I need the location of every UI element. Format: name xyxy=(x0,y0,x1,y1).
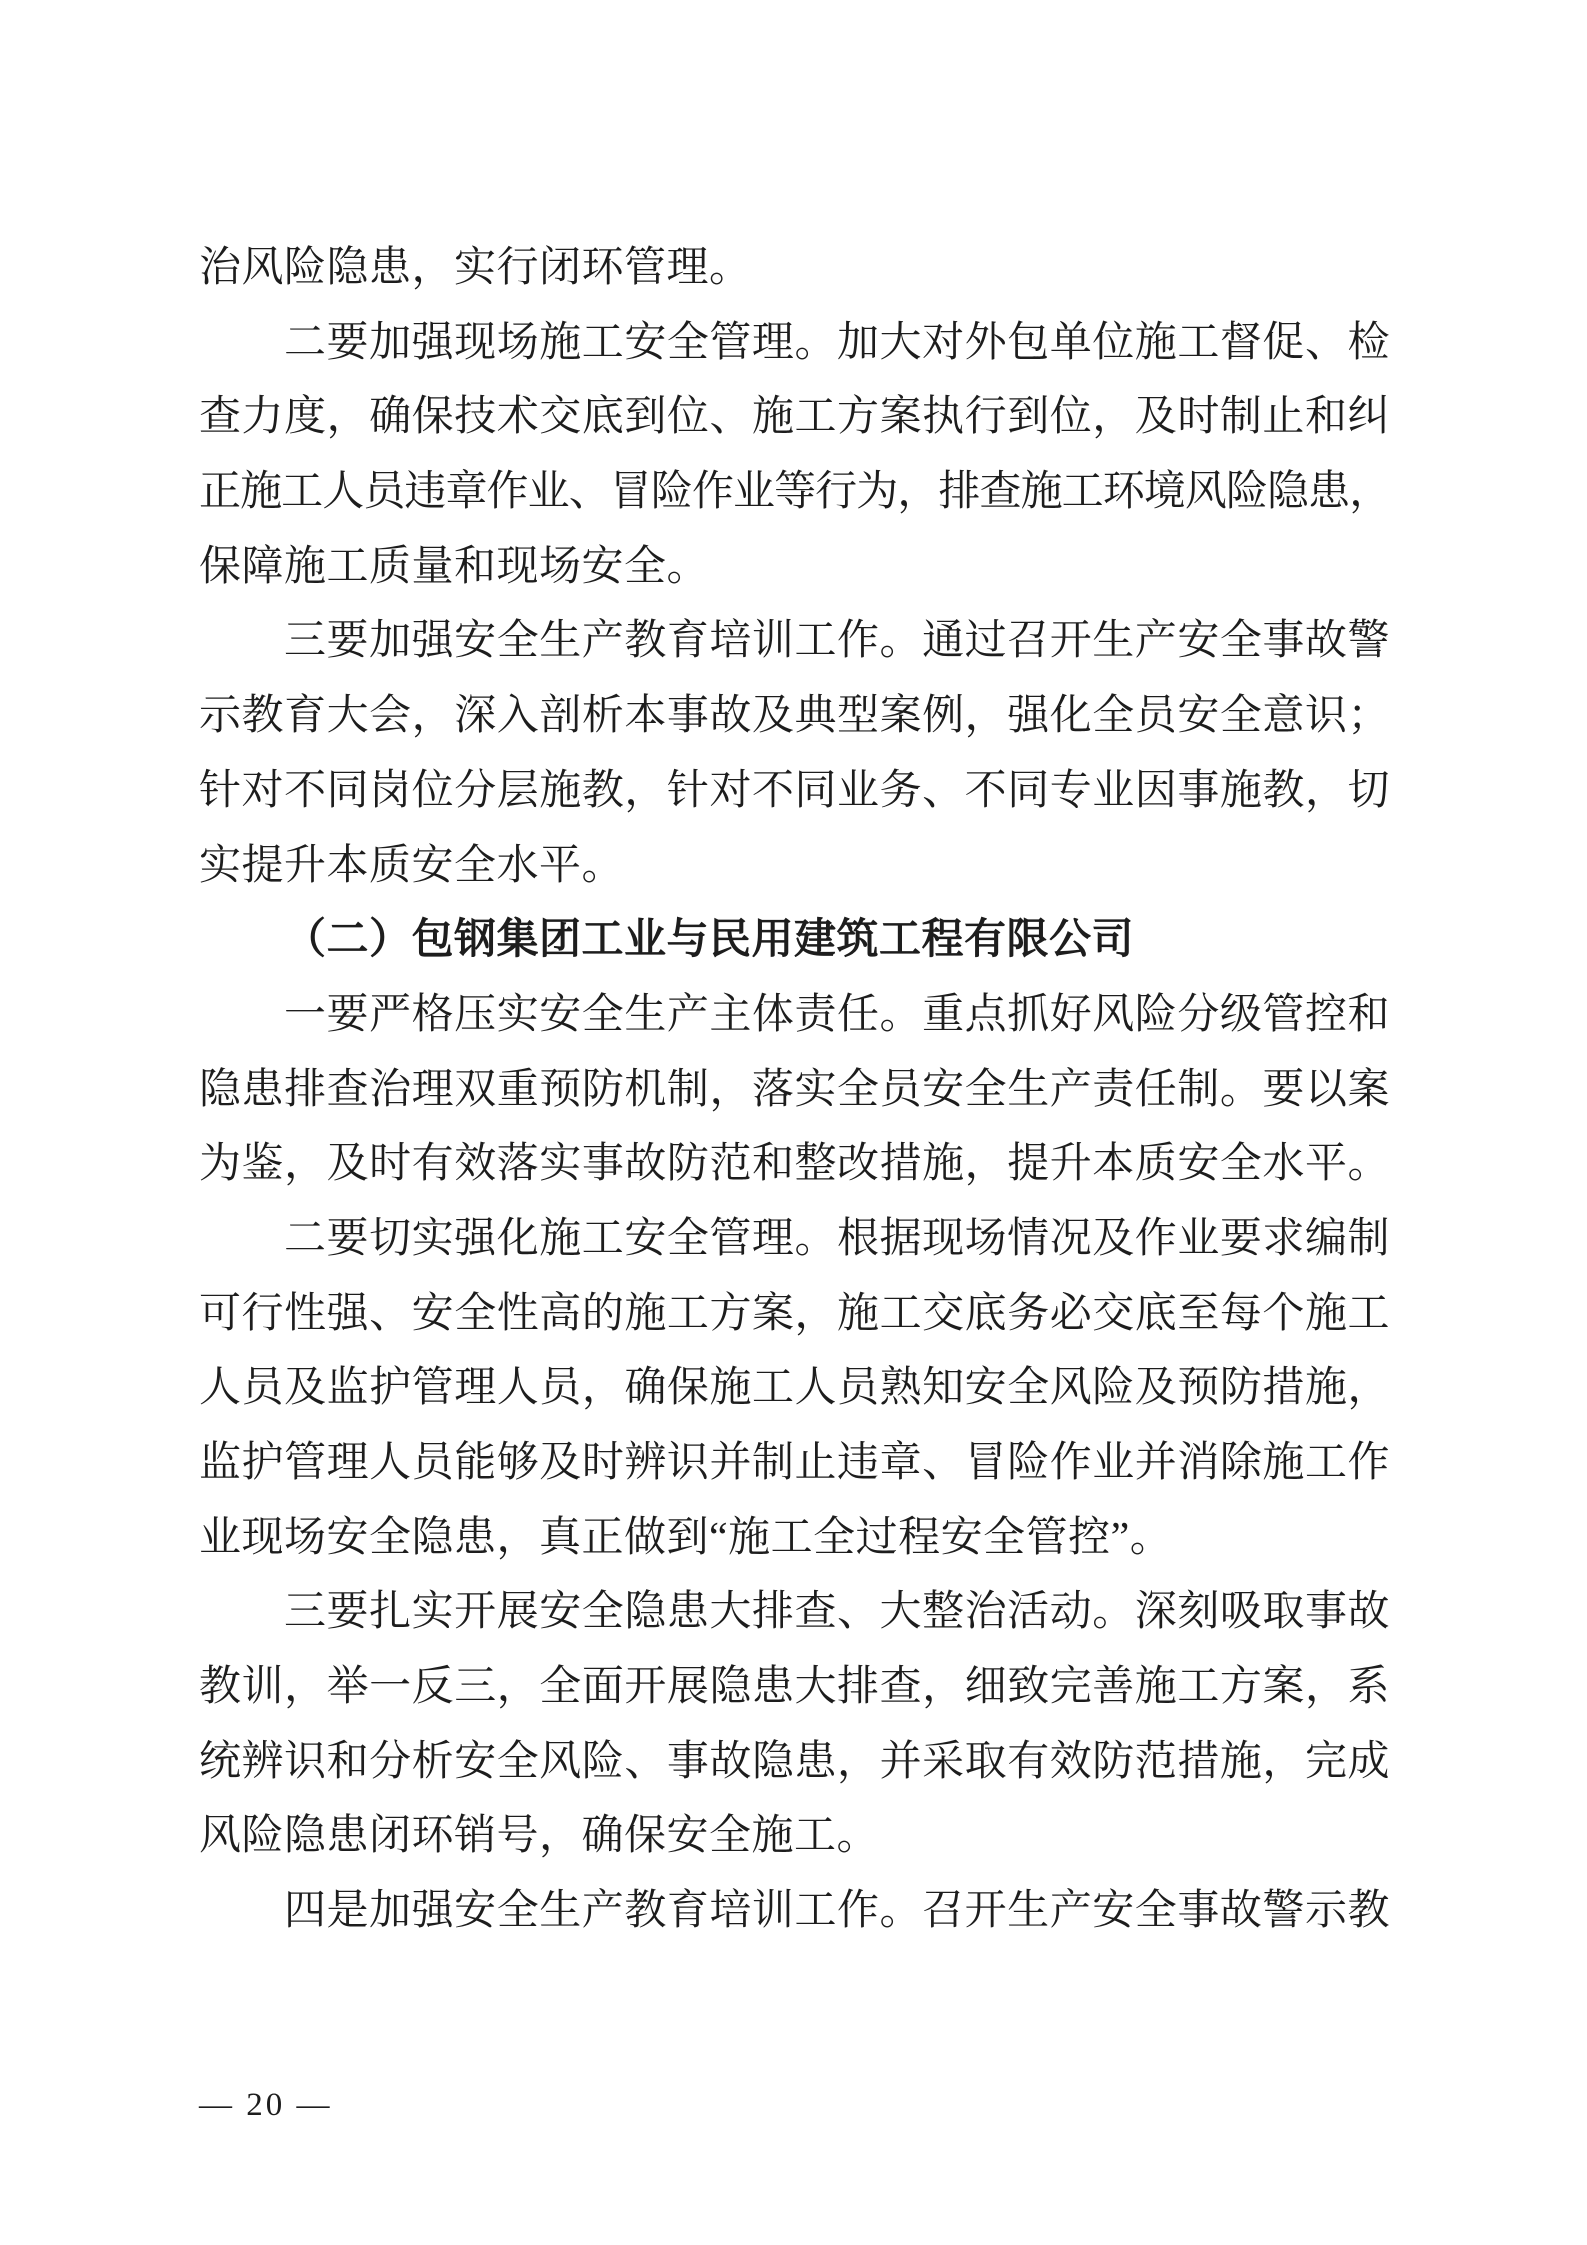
text-line: 三要加强安全生产教育培训工作。通过召开生产安全事故警 xyxy=(199,604,1390,679)
text-line: 四是加强安全生产教育培训工作。召开生产安全事故警示教 xyxy=(199,1874,1390,1949)
text-line: 保障施工质量和现场安全。 xyxy=(199,530,1390,605)
page-number: — 20 — xyxy=(199,2085,333,2125)
text-line: 一要严格压实安全生产主体责任。重点抓好风险分级管控和 xyxy=(199,978,1390,1053)
text-line: 针对不同岗位分层施教，针对不同业务、不同专业因事施教，切 xyxy=(199,754,1390,829)
document-body: 治风险隐患，实行闭环管理。 二要加强现场施工安全管理。加大对外包单位施工督促、检… xyxy=(199,231,1390,1949)
text-line: 隐患排查治理双重预防机制，落实全员安全生产责任制。要以案 xyxy=(199,1053,1390,1128)
text-line: 示教育大会，深入剖析本事故及典型案例，强化全员安全意识； xyxy=(199,679,1390,754)
section-heading: （二）包钢集团工业与民用建筑工程有限公司 xyxy=(199,903,1390,978)
text-line: 风险隐患闭环销号，确保安全施工。 xyxy=(199,1799,1390,1874)
text-line: 监护管理人员能够及时辨识并制止违章、冒险作业并消除施工作 xyxy=(199,1426,1390,1501)
document-page: 治风险隐患，实行闭环管理。 二要加强现场施工安全管理。加大对外包单位施工督促、检… xyxy=(0,0,1587,2245)
text-line: 教训，举一反三，全面开展隐患大排查，细致完善施工方案，系 xyxy=(199,1650,1390,1725)
text-line: 可行性强、安全性高的施工方案，施工交底务必交底至每个施工 xyxy=(199,1277,1390,1352)
text-line: 为鉴，及时有效落实事故防范和整改措施，提升本质安全水平。 xyxy=(199,1127,1390,1202)
text-line: 实提升本质安全水平。 xyxy=(199,829,1390,904)
text-line: 人员及监护管理人员，确保施工人员熟知安全风险及预防措施， xyxy=(199,1351,1390,1426)
text-line: 治风险隐患，实行闭环管理。 xyxy=(199,231,1390,306)
text-line: 三要扎实开展安全隐患大排查、大整治活动。深刻吸取事故 xyxy=(199,1575,1390,1650)
text-line: 正施工人员违章作业、冒险作业等行为，排查施工环境风险隐患， xyxy=(199,455,1390,530)
text-line: 业现场安全隐患，真正做到“施工全过程安全管控”。 xyxy=(199,1501,1390,1576)
text-line: 二要加强现场施工安全管理。加大对外包单位施工督促、检 xyxy=(199,306,1390,381)
text-line: 查力度，确保技术交底到位、施工方案执行到位，及时制止和纠 xyxy=(199,380,1390,455)
text-line: 二要切实强化施工安全管理。根据现场情况及作业要求编制 xyxy=(199,1202,1390,1277)
text-line: 统辨识和分析安全风险、事故隐患，并采取有效防范措施，完成 xyxy=(199,1725,1390,1800)
